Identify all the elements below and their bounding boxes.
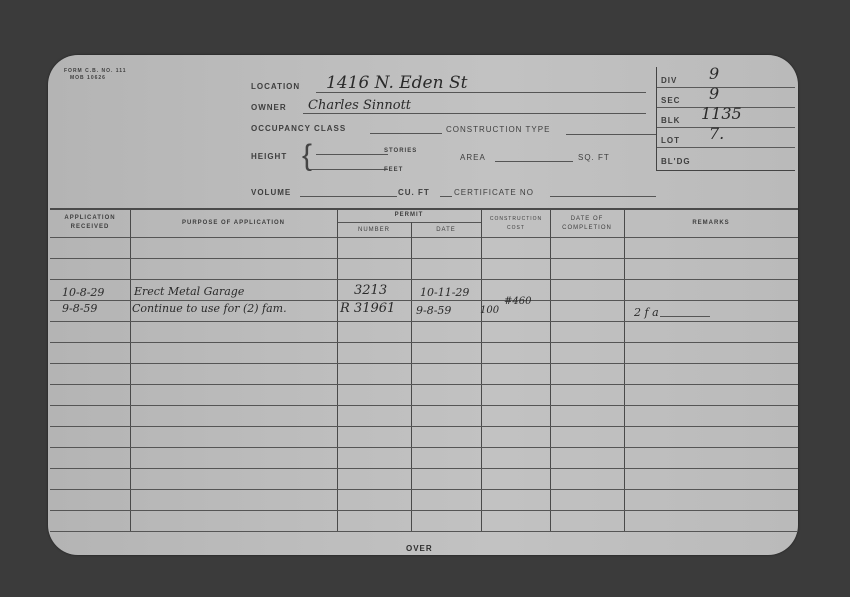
construction-type-line [566, 134, 656, 135]
row-line [50, 363, 798, 364]
div-value: 9 [709, 64, 719, 83]
div-label: DIV [661, 76, 677, 85]
form-id-line1: FORM C.B. No. 111 [64, 68, 127, 75]
header-remarks: REMARKS [624, 219, 798, 228]
owner-label: OWNER [251, 103, 287, 112]
row-line [50, 279, 798, 280]
row-line [50, 321, 798, 322]
row-line [50, 510, 798, 511]
col-divider [130, 208, 131, 531]
stories-label: STORIES [384, 148, 417, 154]
building-permit-card: FORM C.B. No. 111 MOB 10626 LOCATION 141… [48, 55, 798, 555]
area-line [495, 161, 573, 162]
remarks-stroke [660, 316, 710, 317]
row-line [50, 342, 798, 343]
row-received: 10-8-29 [62, 286, 104, 299]
location-value: 1416 N. Eden St [326, 73, 467, 93]
row-permit-date: 9-8-59 [416, 304, 451, 317]
owner-line [303, 113, 646, 114]
table-top-border [50, 208, 798, 210]
form-id-line2: MOB 10626 [70, 75, 106, 82]
col-divider [481, 208, 482, 531]
row-line [50, 489, 798, 490]
volume-label: VOLUME [251, 188, 291, 197]
stories-line [316, 154, 388, 155]
parcel-row-blk: BLK 1135 [657, 107, 795, 128]
construction-type-label: CONSTRUCTION TYPE [446, 125, 550, 134]
occupancy-class-label: OCCUPANCY CLASS [251, 124, 346, 133]
bldg-label: BL'DG [661, 157, 691, 166]
col-divider [337, 208, 338, 531]
sq-ft-label: SQ. FT [578, 153, 610, 162]
col-divider [624, 208, 625, 531]
header-purpose: PURPOSE OF APPLICATION [130, 219, 337, 228]
parcel-row-div: DIV 9 [657, 67, 795, 88]
blk-label: BLK [661, 116, 680, 125]
volume-line [300, 196, 397, 197]
row-purpose: Continue to use for (2) fam. [132, 302, 287, 315]
row-line [50, 531, 798, 532]
sec-value: 9 [709, 84, 719, 103]
header-permit: PERMIT [337, 211, 481, 220]
permit-subheader-line [337, 222, 481, 223]
row-line [50, 426, 798, 427]
over-footer: OVER [406, 544, 433, 553]
row-remarks: 2 f a [634, 306, 659, 319]
feet-label: FEET [384, 167, 403, 173]
certificate-label: CERTIFICATE NO [454, 188, 534, 197]
row-line [50, 405, 798, 406]
row-permit-date: 10-11-29 [420, 286, 469, 299]
location-label: LOCATION [251, 82, 300, 91]
row-purpose: Erect Metal Garage [134, 285, 244, 298]
lot-value: 7. [709, 124, 724, 143]
row-line [50, 258, 798, 259]
row-permit-number: R 31961 [340, 301, 395, 316]
certificate-line [550, 196, 656, 197]
header-construction-cost: CONSTRUCTION COST [486, 215, 546, 233]
row-received: 9-8-59 [62, 302, 97, 315]
row-line [50, 468, 798, 469]
sec-label: SEC [661, 96, 680, 105]
owner-value: Charles Sinnott [308, 98, 411, 113]
row-permit-number: 3213 [354, 283, 387, 298]
parcel-box: DIV 9 SEC 9 BLK 1135 LOT 7. BL'DG [656, 67, 795, 171]
blk-value: 1135 [701, 104, 742, 123]
parcel-row-bldg: BL'DG [657, 147, 795, 167]
permit-table: APPLICATION RECEIVED PURPOSE OF APPLICAT… [50, 208, 798, 531]
header-bottom-border [50, 237, 798, 238]
col-divider [411, 222, 412, 531]
row-construction-cost: 100 [480, 305, 499, 316]
row-line [50, 447, 798, 448]
area-label: AREA [460, 153, 486, 162]
header-permit-number: NUMBER [337, 226, 411, 235]
cu-ft-line [440, 196, 452, 197]
header-permit-date: DATE [411, 226, 481, 235]
cu-ft-label: CU. FT [398, 188, 430, 197]
row-line [50, 384, 798, 385]
occupancy-class-line [370, 133, 442, 134]
height-brace: { [302, 141, 312, 171]
header-date-of-completion: DATE OF COMPLETION [555, 215, 619, 233]
row-cost-note: #460 [504, 296, 531, 307]
row-line [50, 300, 798, 301]
col-divider [550, 208, 551, 531]
header-application-received: APPLICATION RECEIVED [50, 214, 130, 232]
height-label: HEIGHT [251, 152, 287, 161]
parcel-row-lot: LOT 7. [657, 127, 795, 148]
lot-label: LOT [661, 136, 680, 145]
feet-line [310, 169, 388, 170]
